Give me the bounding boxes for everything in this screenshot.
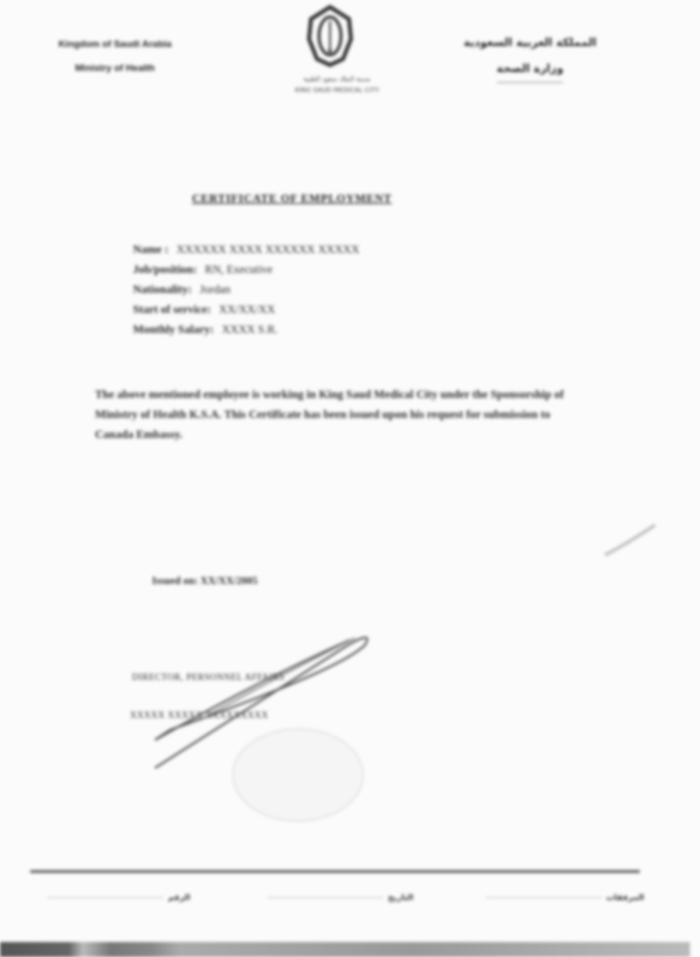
footer-field-date: التاريخ bbox=[268, 893, 413, 902]
footer-field-attachments: المرفقات bbox=[486, 893, 644, 902]
document-page: Kingdom of Saudi Arabia Ministry of Heal… bbox=[0, 0, 700, 957]
saudi-emblem-icon bbox=[307, 5, 353, 67]
header-country: Kingdom of Saudi Arabia bbox=[40, 33, 190, 57]
header-ministry-arabic: وزارة الصحة bbox=[497, 56, 564, 83]
emblem-caption: مدينة الملك سعود الطبية KING SAUD MEDICA… bbox=[262, 74, 412, 96]
header-arabic: المملكة العربية السعودية وزارة الصحة bbox=[455, 30, 605, 83]
issue-date: Issued on: XX/XX/2005 bbox=[152, 576, 258, 587]
field-name: Name :XXXXXX XXXX XXXXXX XXXXX bbox=[133, 240, 359, 260]
header-ministry: Ministry of Health bbox=[40, 57, 190, 81]
signature-icon bbox=[140, 620, 380, 780]
field-monthly-salary: Monthly Salary:XXXX S.R. bbox=[133, 320, 359, 340]
emblem-caption-english: KING SAUD MEDICAL CITY bbox=[262, 85, 412, 96]
field-start-of-service: Start of service:XX/XX/XX bbox=[133, 300, 359, 320]
document-title: CERTIFICATE OF EMPLOYMENT bbox=[192, 193, 392, 205]
emblem-caption-arabic: مدينة الملك سعود الطبية bbox=[262, 74, 412, 85]
footer-divider bbox=[30, 870, 640, 873]
footer-field-number: الرقم bbox=[48, 893, 190, 902]
scan-edge bbox=[0, 942, 690, 957]
field-position: Job/position:RN, Executive bbox=[133, 260, 359, 280]
header-country-arabic: المملكة العربية السعودية bbox=[455, 30, 605, 56]
pen-mark-icon bbox=[600, 520, 660, 560]
certificate-body: The above mentioned employee is working … bbox=[95, 385, 565, 445]
field-nationality: Nationality:Jordan bbox=[133, 280, 359, 300]
employee-fields: Name :XXXXXX XXXX XXXXXX XXXXX Job/posit… bbox=[133, 240, 359, 340]
header-english: Kingdom of Saudi Arabia Ministry of Heal… bbox=[40, 33, 190, 81]
